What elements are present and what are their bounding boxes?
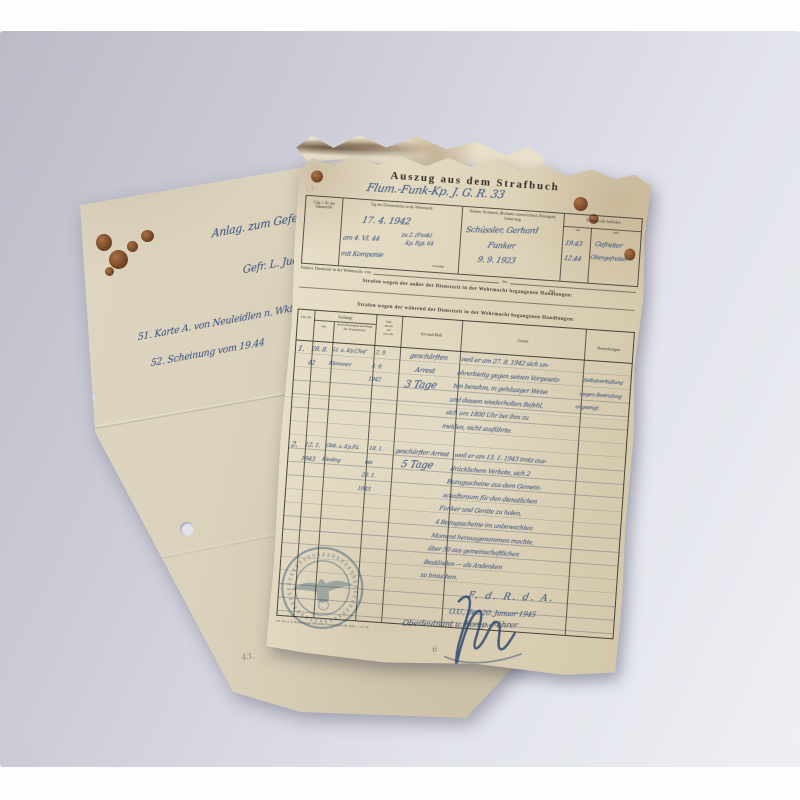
entry-note-handwriting: mit Kompanie bbox=[340, 249, 384, 258]
vereidigt-label: vereidigt bbox=[420, 263, 456, 270]
form-paper: Auszug aus dem Strafbuch Flum.-Funk-Kp. … bbox=[266, 143, 653, 678]
entry-note-handwriting: Kp. Rgt. 64 bbox=[404, 241, 434, 247]
entry-note-handwriting: am 4. VI. 44 bbox=[342, 234, 380, 243]
row-grund-cell: weil er am 27. 8. 1942 sich un-ehrerbiet… bbox=[440, 353, 582, 441]
photo-background: Anlag. zum Gefechtsb. Gefr. L. Juan 51. … bbox=[0, 31, 800, 767]
wax-stain bbox=[573, 197, 588, 212]
signature-flourish bbox=[424, 585, 540, 676]
page-mark: 6 bbox=[432, 645, 438, 654]
col-durch-header: durch (Dienstgrad und Name des Vorgesetz… bbox=[334, 323, 374, 333]
table-divider bbox=[458, 207, 464, 274]
strafbuch-form: Auszug aus dem Strafbuch Flum.-Funk-Kp. … bbox=[0, 31, 800, 767]
row-durch-cell: Oblt. u. Kp.Fü.Kiesling bbox=[320, 440, 368, 470]
col-lfd-header: Lfd. Nr. bbox=[298, 315, 314, 320]
col-grund-header: Grund bbox=[461, 334, 585, 348]
promotion-rank-handwriting: Gefreiter bbox=[594, 240, 624, 250]
promotion-date-handwriting: 19.43 bbox=[564, 239, 583, 248]
rank-title-handwriting: Oberleutnant u. Komp.-Führer bbox=[401, 619, 518, 630]
entry-date-handwriting: 17. 4. 1942 bbox=[361, 216, 412, 228]
entry-note-handwriting: zu 2. (Funk) bbox=[401, 233, 432, 240]
befoerdert-header: Ernannt oder befördert bbox=[565, 217, 641, 227]
row-art-cell: geschärftenArrest bbox=[395, 349, 460, 380]
soldier-birthdate-handwriting: 9. 9. 1923 bbox=[477, 255, 517, 265]
befoerdert-am-header: am bbox=[565, 227, 591, 233]
soldier-name-handwriting: Schüssler, Gerhard bbox=[465, 225, 539, 235]
header-table: Lfdg. i. Nr. der Stammrolle Tag des Dien… bbox=[301, 195, 643, 287]
col-bemerkungen-header: Bemerkungen bbox=[585, 345, 633, 353]
promotion-rank-handwriting: Obergefreiter bbox=[590, 255, 628, 263]
namen-header: Namen, Vornamen, (Rufname unterstrichen)… bbox=[463, 209, 561, 225]
promotion-date-handwriting: 12.44 bbox=[563, 254, 582, 263]
eintritt-header: Tag des Diensteintritts in die Wehrmacht… bbox=[344, 200, 460, 213]
col-art-header: Art und Maß bbox=[401, 330, 461, 339]
stammrolle-header: Lfdg. i. Nr. der Stammrolle bbox=[307, 200, 342, 211]
col-vollstreckt-header: Voll-strecktamvon–bis bbox=[376, 319, 401, 337]
row-art-duration: 3 Tage bbox=[403, 379, 438, 391]
row-durch-cell: Lt. u. Kp.ChefKlemmer bbox=[327, 344, 375, 374]
soldier-rank-handwriting: Funker bbox=[487, 241, 517, 251]
row-art-duration: 5 Tage bbox=[400, 459, 435, 471]
col-am-header: am bbox=[313, 324, 333, 330]
pencil-mark: 13. bbox=[304, 183, 317, 194]
bis-label: bis bbox=[502, 279, 507, 284]
